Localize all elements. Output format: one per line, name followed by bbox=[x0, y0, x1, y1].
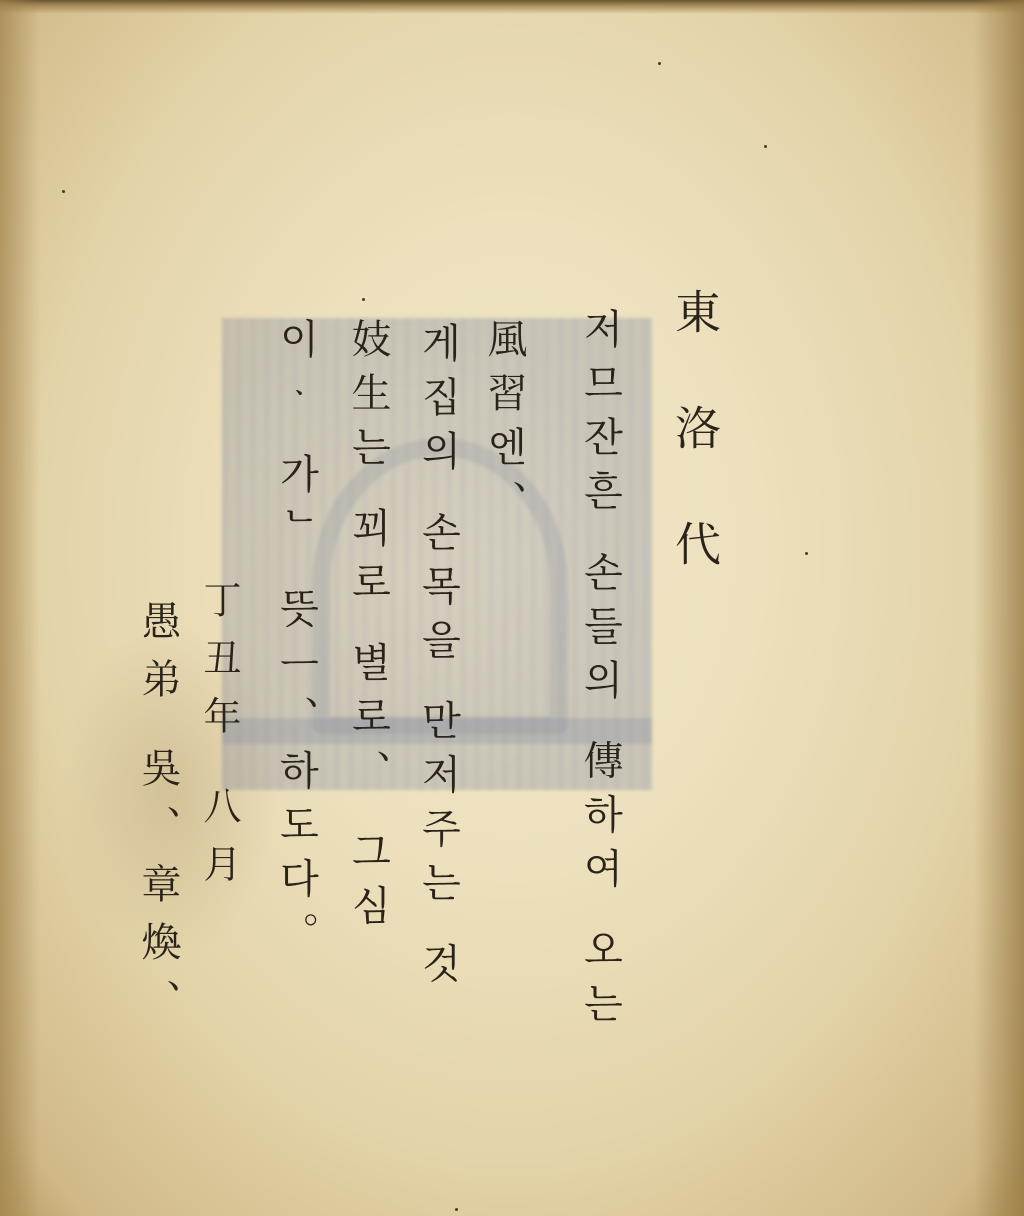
body-column-3: 게집의 손목을 만저주는 것 bbox=[418, 322, 458, 996]
paper-speck bbox=[455, 1208, 458, 1211]
body-column-5: 이ᆞ 가ᄂ 뜻ᅳ、하도다。 bbox=[276, 318, 316, 965]
date-column: 丁丑年 八月 bbox=[200, 580, 238, 902]
paper-right-edge bbox=[974, 0, 1024, 1216]
title-column: 東洛代 bbox=[672, 288, 718, 636]
paper-speck bbox=[362, 298, 365, 301]
paper-speck bbox=[62, 190, 65, 193]
body-column-2: 風習엔、 bbox=[484, 318, 524, 534]
signature-column: 愚弟 吳、章煥、 bbox=[138, 600, 178, 1037]
paper-speck bbox=[658, 62, 661, 65]
manuscript-page: 東洛代 저므잔흔 손들의 傳하여 오는 風習엔、 게집의 손목을 만저주는 것 … bbox=[0, 0, 1024, 1216]
paper-top-edge bbox=[0, 0, 1024, 14]
paper-speck bbox=[764, 145, 767, 148]
body-column-1: 저므잔흔 손들의 傳하여 오는 bbox=[580, 308, 620, 1036]
paper-left-edge bbox=[0, 0, 40, 1216]
paper-speck bbox=[805, 552, 808, 555]
body-column-4: 妓生는 꾀로 별로、 그심 bbox=[348, 318, 388, 938]
